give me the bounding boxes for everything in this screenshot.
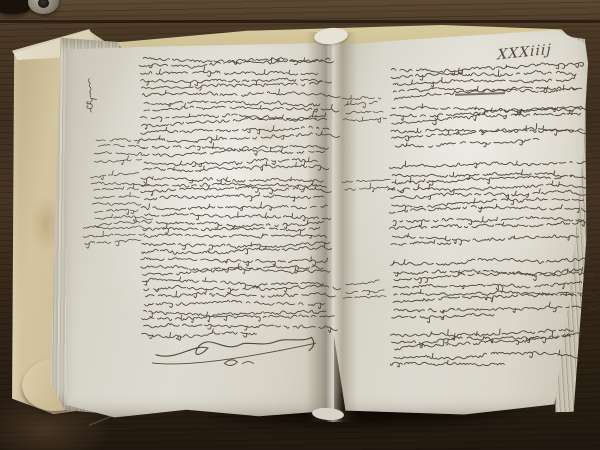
right-margin-note-2 [342, 176, 387, 194]
plank-seam [0, 20, 600, 23]
right-paragraph-1 [389, 59, 588, 158]
left-margin-note-2 [89, 171, 141, 230]
left-margin-note-3 [83, 223, 141, 248]
left-margin-note-1 [94, 135, 143, 168]
right-paragraph-2 [387, 159, 587, 253]
signature-flourish [149, 329, 322, 375]
left-page-text-block [139, 52, 331, 341]
photo-of-open-manuscript: XXXiiij [0, 0, 600, 450]
left-edge-note [84, 76, 94, 110]
right-margin-note-1 [341, 93, 384, 124]
right-paragraph-3 [389, 254, 590, 328]
right-margin-note-3 [342, 279, 387, 303]
right-paragraph-4 [390, 326, 584, 373]
